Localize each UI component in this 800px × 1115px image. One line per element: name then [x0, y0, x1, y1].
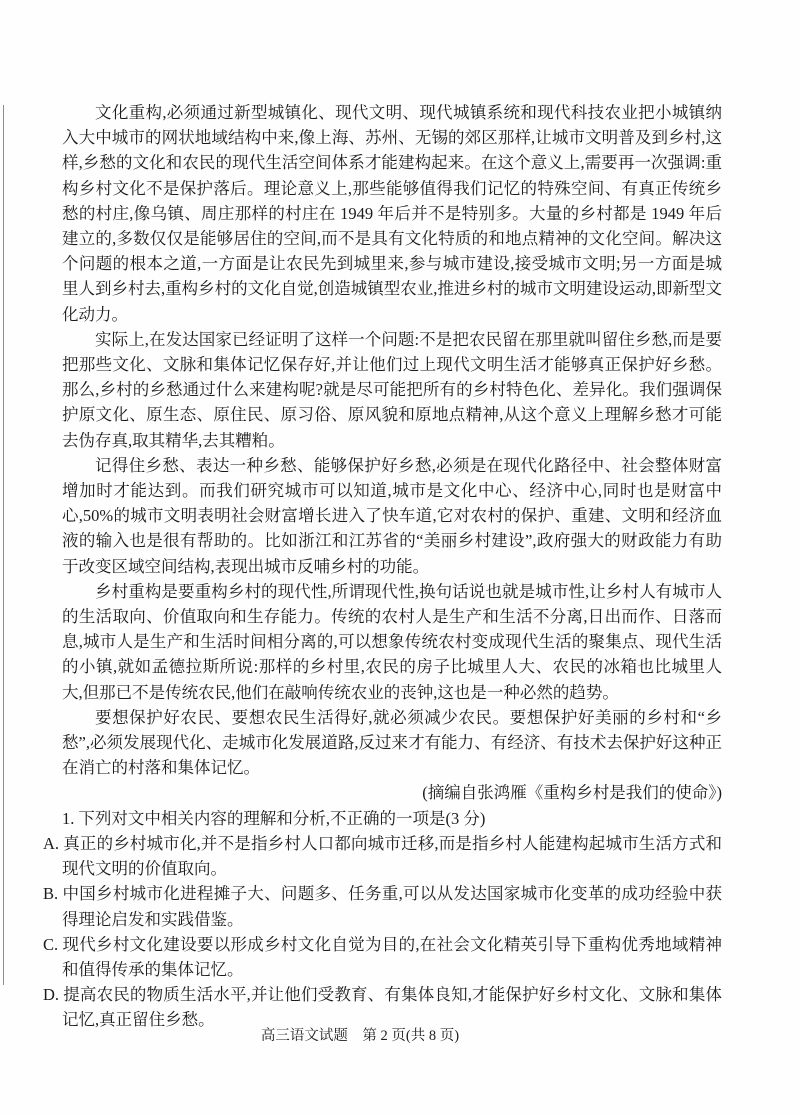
passage-paragraph: 文化重构,必须通过新型城镇化、现代文明、现代城镇系统和现代科技农业把小城镇纳入大…: [62, 100, 722, 327]
option-text-c: 现代乡村文化建设要以形成乡村文化自觉为目的,在社会文化精英引导下重构优秀地域精神…: [62, 935, 722, 979]
scan-edge-line: [3, 105, 4, 985]
question-number: 1.: [62, 809, 74, 828]
option-text-b: 中国乡村城市化进程摊子大、问题多、任务重,可以从发达国家城市化变革的成功经验中获…: [62, 884, 722, 928]
option-label-a: A.: [43, 834, 59, 853]
question-stem-line: 1.下列对文中相关内容的理解和分析,不正确的一项是(3 分): [62, 806, 722, 831]
question-stem: 下列对文中相关内容的理解和分析,不正确的一项是(3 分): [78, 809, 485, 828]
passage-paragraph: 乡村重构是要重构乡村的现代性,所谓现代性,换句话说也就是城市性,让乡村人有城市人…: [62, 579, 722, 705]
page-footer-text: 高三语文试题 第 2 页(共 8 页): [261, 1028, 459, 1044]
question-1: 1.下列对文中相关内容的理解和分析,不正确的一项是(3 分) A.真正的乡村城市…: [62, 806, 722, 1033]
exam-page: 文化重构,必须通过新型城镇化、现代文明、现代城镇系统和现代科技农业把小城镇纳入大…: [0, 0, 800, 1115]
passage-paragraph: 实际上,在发达国家已经证明了这样一个问题:不是把农民留在那里就叫留住乡愁,而是要…: [62, 327, 722, 453]
question-option-a: A.真正的乡村城市化,并不是指乡村人口都向城市迁移,而是指乡村人能建构起城市生活…: [62, 831, 722, 881]
question-option-d: D.提高农民的物质生活水平,并让他们受教育、有集体良知,才能保护好乡村文化、文脉…: [62, 982, 722, 1032]
passage-paragraph: 要想保护好农民、要想农民生活得好,就必须减少农民。要想保护好美丽的乡村和“乡愁”…: [62, 705, 722, 781]
option-text-a: 真正的乡村城市化,并不是指乡村人口都向城市迁移,而是指乡村人能建构起城市生活方式…: [62, 834, 722, 878]
passage-paragraph: 记得住乡愁、表达一种乡愁、能够保护好乡愁,必须是在现代化路径中、社会整体财富增加…: [62, 453, 722, 579]
page-footer: 高三语文试题 第 2 页(共 8 页): [0, 1026, 720, 1046]
option-label-d: D.: [43, 985, 59, 1004]
option-label-b: B.: [43, 884, 58, 903]
question-option-c: C.现代乡村文化建设要以形成乡村文化自觉为目的,在社会文化精英引导下重构优秀地域…: [62, 932, 722, 982]
option-label-c: C.: [43, 935, 58, 954]
passage-and-question: 文化重构,必须通过新型城镇化、现代文明、现代城镇系统和现代科技农业把小城镇纳入大…: [62, 100, 722, 1033]
option-text-d: 提高农民的物质生活水平,并让他们受教育、有集体良知,才能保护好乡村文化、文脉和集…: [62, 985, 722, 1029]
passage-attribution: (摘编自张鸿雁《重构乡村是我们的使命》): [62, 780, 722, 805]
question-option-b: B.中国乡村城市化进程摊子大、问题多、任务重,可以从发达国家城市化变革的成功经验…: [62, 881, 722, 931]
